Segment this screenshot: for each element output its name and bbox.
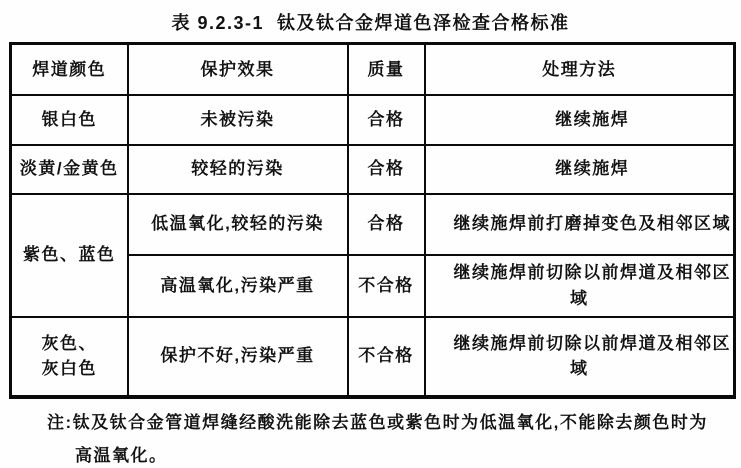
footnote-label: 注: — [47, 413, 73, 432]
header-treatment-method: 处理方法 — [425, 44, 735, 95]
header-weld-color: 焊道颜色 — [11, 44, 128, 95]
cell-protection-effect: 高温氧化,污染严重 — [128, 255, 348, 317]
cell-treatment-method: 继续施焊前切除以前焊道及相邻区域 — [425, 255, 735, 317]
cell-quality: 不合格 — [348, 317, 425, 397]
cell-treatment-method: 继续施焊 — [425, 95, 735, 145]
cell-protection-effect: 低温氧化,较轻的污染 — [128, 194, 348, 255]
table-row: 银白色 未被污染 合格 继续施焊 — [11, 95, 735, 145]
cell-protection-effect: 保护不好,污染严重 — [128, 317, 348, 397]
footnote-text: 钛及钛合金管道焊缝经酸洗能除去蓝色或紫色时为低温氧化,不能除去颜色时为高温氧化。 — [73, 413, 708, 465]
cell-weld-color: 淡黄/金黄色 — [11, 145, 128, 194]
header-quality: 质量 — [348, 44, 425, 95]
header-protection-effect: 保护效果 — [128, 44, 348, 95]
table-title: 表 9.2.3-1 钛及钛合金焊道色泽检查合格标准 — [0, 9, 741, 35]
cell-quality: 合格 — [348, 194, 425, 255]
cell-quality: 合格 — [348, 145, 425, 194]
cell-quality: 不合格 — [348, 255, 425, 317]
cell-treatment-method: 继续施焊前打磨掉变色及相邻区域 — [425, 194, 735, 255]
table-row: 灰色、 灰白色 保护不好,污染严重 不合格 继续施焊前切除以前焊道及相邻区域 — [11, 317, 735, 397]
cell-weld-color: 紫色、蓝色 — [11, 194, 128, 317]
weld-color-acceptance-table: 焊道颜色 保护效果 质量 处理方法 银白色 未被污染 合格 继续施焊 淡黄/金黄… — [9, 42, 736, 399]
cell-weld-color: 灰色、 灰白色 — [11, 317, 128, 397]
cell-treatment-method: 继续施焊前切除以前焊道及相邻区域 — [425, 317, 735, 397]
cell-quality: 合格 — [348, 95, 425, 145]
cell-protection-effect: 未被污染 — [128, 95, 348, 145]
cell-protection-effect: 较轻的污染 — [128, 145, 348, 194]
table-row: 紫色、蓝色 低温氧化,较轻的污染 合格 继续施焊前打磨掉变色及相邻区域 — [11, 194, 735, 255]
table-header-row: 焊道颜色 保护效果 质量 处理方法 — [11, 44, 735, 95]
footnote: 注:钛及钛合金管道焊缝经酸洗能除去蓝色或紫色时为低温氧化,不能除去颜色时为高温氧… — [47, 406, 717, 468]
table-row: 淡黄/金黄色 较轻的污染 合格 继续施焊 — [11, 145, 735, 194]
document-page: 表 9.2.3-1 钛及钛合金焊道色泽检查合格标准 焊道颜色 保护效果 质量 处… — [0, 0, 741, 468]
cell-treatment-method: 继续施焊 — [425, 145, 735, 194]
cell-weld-color: 银白色 — [11, 95, 128, 145]
